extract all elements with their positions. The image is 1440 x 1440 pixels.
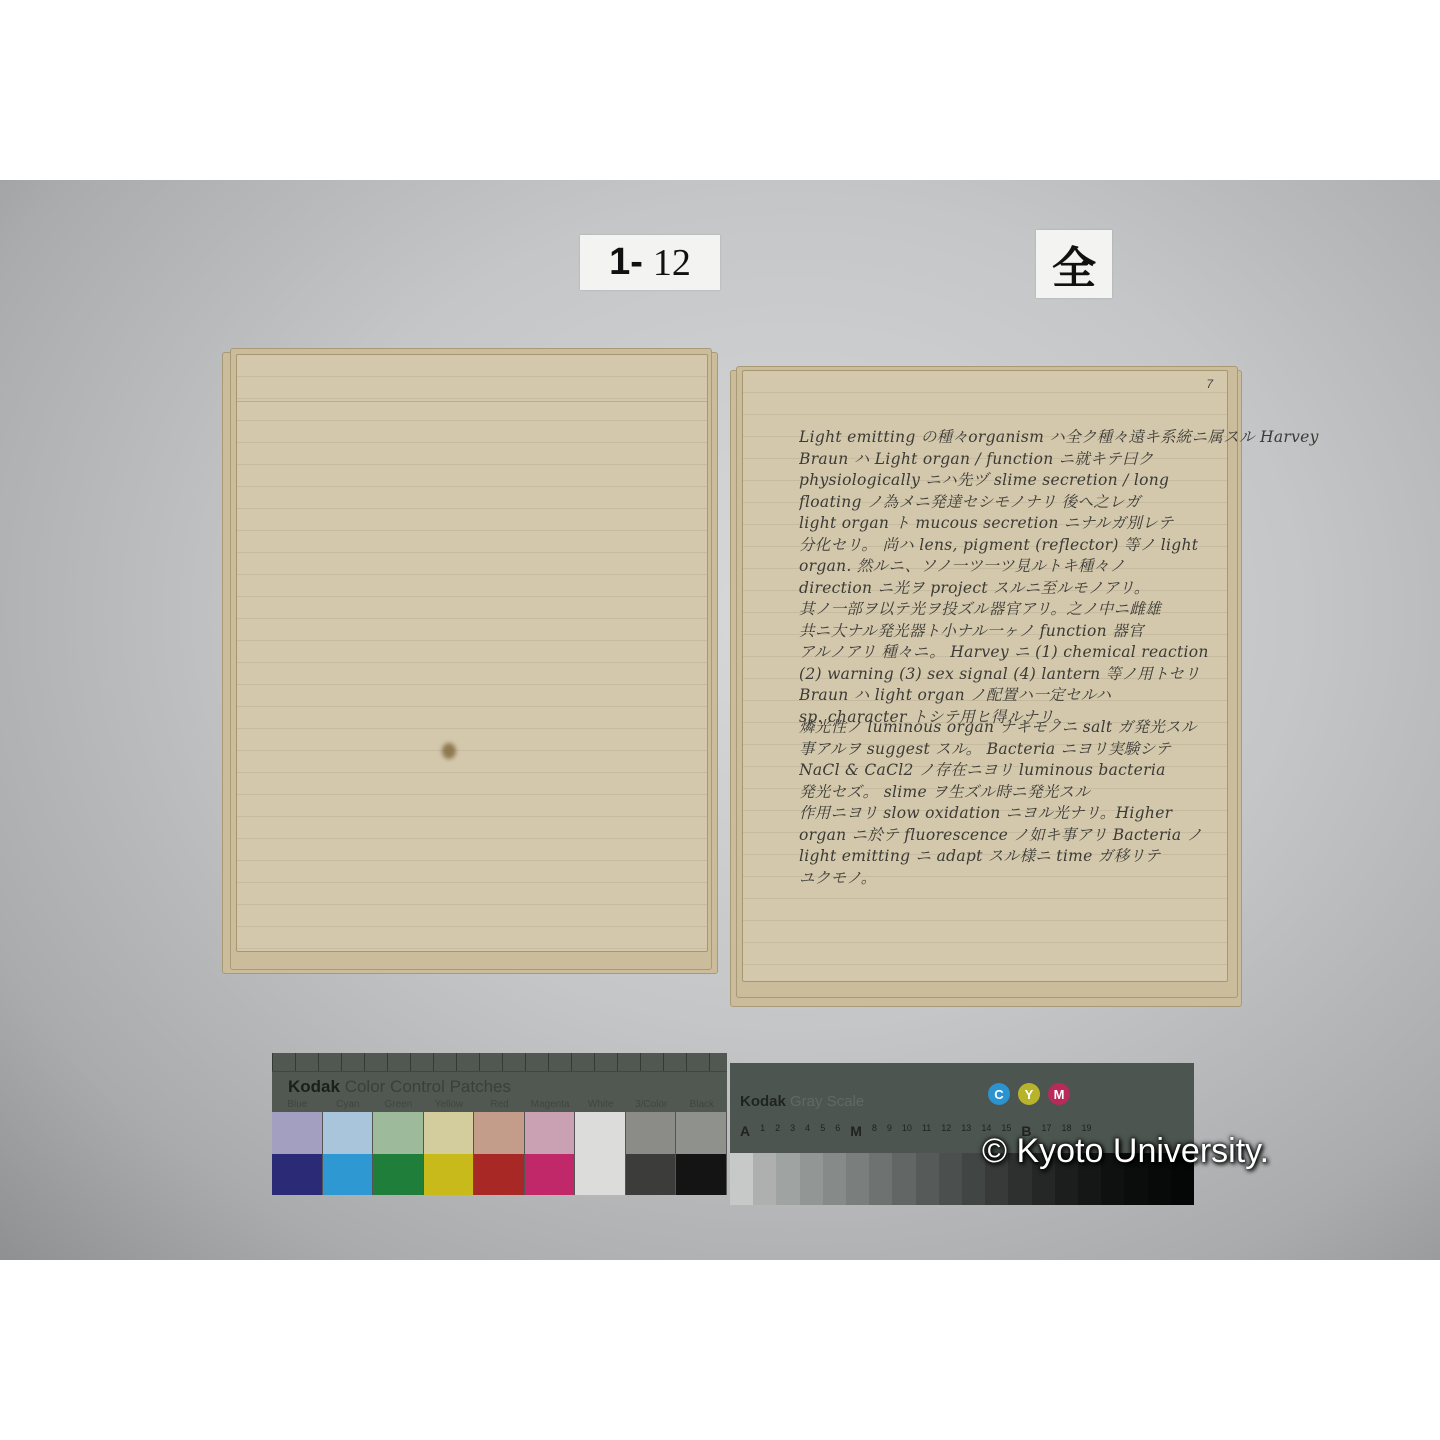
gray-scale-label: 3 [790,1123,795,1139]
gray-step [846,1153,869,1205]
gray-scale-label: 9 [887,1123,892,1139]
gray-step [800,1153,823,1205]
copyright-watermark: © Kyoto University. [982,1132,1269,1171]
handwritten-line: ユクモノ。 [799,868,1202,890]
handwritten-paragraph-2: 燐光性ノ luminous organ ナキモノニ salt ガ発光スル 事アル… [799,717,1202,889]
gray-scale-label: A [740,1123,750,1139]
color-patch [474,1154,525,1196]
gray-scale-label: 13 [961,1123,971,1139]
handwritten-line: Braun ハ Light organ / function ニ就キテ曰ク [799,449,1319,471]
color-patch [626,1154,677,1196]
cym-badge-y: Y [1018,1083,1040,1105]
gray-scale-label: 6 [835,1123,840,1139]
catalog-number-prefix: 1- [609,241,643,284]
color-patch [424,1112,475,1154]
patch-name: Yellow [424,1099,475,1110]
patch-name: Green [373,1099,424,1110]
gray-scale-label: 10 [902,1123,912,1139]
color-patch [575,1112,626,1154]
gray-scale-label: 1 [760,1123,765,1139]
gray-step [823,1153,846,1205]
catalog-number-suffix: 12 [653,241,691,285]
patch-name: Blue [272,1099,323,1110]
handwritten-line: 共ニ大ナル発光器ト小ナル一ヶノ function 器官 [799,621,1319,643]
page-number: 7 [1206,377,1213,391]
handwritten-line: 作用ニヨリ slow oxidation ニヨル光ナリ。Higher [799,803,1202,825]
color-patch [626,1112,677,1154]
color-chart-title-text: Color Control Patches [345,1077,511,1096]
gray-scale-label: 5 [820,1123,825,1139]
gray-step [892,1153,915,1205]
color-patch [676,1154,727,1196]
cym-badge-m: M [1048,1083,1070,1105]
gray-step [869,1153,892,1205]
handwritten-line: physiologically ニハ先ヅ slime secretion / l… [799,470,1319,492]
gray-step [776,1153,799,1205]
cym-badge-c: C [988,1083,1010,1105]
patch-name: White [575,1099,626,1110]
color-patch [575,1154,626,1196]
handwritten-paragraph-1: Light emitting の種々organism ハ全ク種々遠キ系統ニ属スル… [799,427,1319,728]
gray-step [730,1153,753,1205]
gray-scale-title: Kodak Gray Scale [740,1093,864,1110]
volume-mark-text: 全 [1052,232,1096,296]
gray-scale-label: 8 [872,1123,877,1139]
color-patch [676,1112,727,1154]
kodak-brand: Kodak [740,1093,786,1110]
right-handwritten-page: 7 Light emitting の種々organism ハ全ク種々遠キ系統ニ属… [742,370,1228,982]
kodak-brand: Kodak [288,1077,340,1096]
handwritten-line: organ ニ於テ fluorescence ノ如キ事アリ Bacteria ノ [799,825,1202,847]
gray-step [753,1153,776,1205]
left-blank-page [236,354,708,952]
handwritten-line: 分化セリ。 尚ハ lens, pigment (reflector) 等ノ li… [799,535,1319,557]
handwritten-line: floating ノ為メニ発達セシモノナリ 後へ之レガ [799,492,1319,514]
patch-name: Magenta [525,1099,576,1110]
handwritten-line: 発光セズ。 slime ヲ生ズル時ニ発光スル [799,782,1202,804]
color-patch [424,1154,475,1196]
handwritten-line: light organ ト mucous secretion ニナルガ別レテ [799,513,1319,535]
patch-name: Cyan [323,1099,374,1110]
handwritten-line: Light emitting の種々organism ハ全ク種々遠キ系統ニ属スル… [799,427,1319,449]
ruler-scale [272,1053,727,1072]
gray-step [916,1153,939,1205]
catalog-number-label: 1- 12 [580,235,720,290]
handwritten-line: Braun ハ light organ ノ配置ハ一定セルハ [799,685,1319,707]
handwritten-line: 其ノ一部ヲ以テ光ヲ投ズル器官アリ。之ノ中ニ雌雄 [799,599,1319,621]
cym-badges: CYM [988,1083,1070,1105]
color-patch [323,1112,374,1154]
handwritten-line: 燐光性ノ luminous organ ナキモノニ salt ガ発光スル [799,717,1202,739]
gray-scale-label: 11 [922,1123,931,1139]
handwritten-line: (2) warning (3) sex signal (4) lantern 等… [799,664,1319,686]
handwritten-line: organ. 然ルニ、ソノ一ツ一ツ見ルトキ種々ノ [799,556,1319,578]
color-patch [474,1112,525,1154]
color-patch [272,1112,323,1154]
color-chart-title: Kodak Color Control Patches [288,1077,511,1097]
handwritten-line: 事アルヲ suggest スル。 Bacteria ニヨリ実験シテ [799,739,1202,761]
margin-line [237,401,707,402]
color-patch-grid [272,1112,727,1195]
color-patch [525,1154,576,1196]
patch-name: 3/Color [626,1099,677,1110]
handwritten-line: アルノアリ 種々ニ。 Harvey ニ (1) chemical reactio… [799,642,1319,664]
gray-step [939,1153,962,1205]
color-patch [373,1112,424,1154]
patch-name-row: Blue Cyan Green Yellow Red Magenta White… [272,1099,727,1110]
gray-scale-label: 4 [805,1123,810,1139]
handwritten-line: NaCl & CaCl2 ノ存在ニヨリ luminous bacteria [799,760,1202,782]
color-patch [373,1154,424,1196]
color-patch [272,1154,323,1196]
gray-scale-label: M [850,1123,862,1139]
kodak-color-control-patches: Kodak Color Control Patches Blue Cyan Gr… [272,1053,727,1195]
color-patch [323,1154,374,1196]
paper-stain [442,743,456,759]
gray-scale-label: 12 [941,1123,951,1139]
handwritten-line: direction ニ光ヲ project スルニ至ルモノアリ。 [799,578,1319,600]
gray-scale-label: 2 [775,1123,780,1139]
volume-mark-label: 全 [1036,230,1112,298]
patch-name: Black [677,1099,728,1110]
color-patch [525,1112,576,1154]
gray-scale-title-text: Gray Scale [790,1093,864,1110]
handwritten-line: light emitting ニ adapt スル様ニ time ガ移リテ [799,846,1202,868]
patch-name: Red [474,1099,525,1110]
archive-photograph: 1- 12 全 7 Light emitting の種々organism ハ全ク… [0,180,1440,1260]
